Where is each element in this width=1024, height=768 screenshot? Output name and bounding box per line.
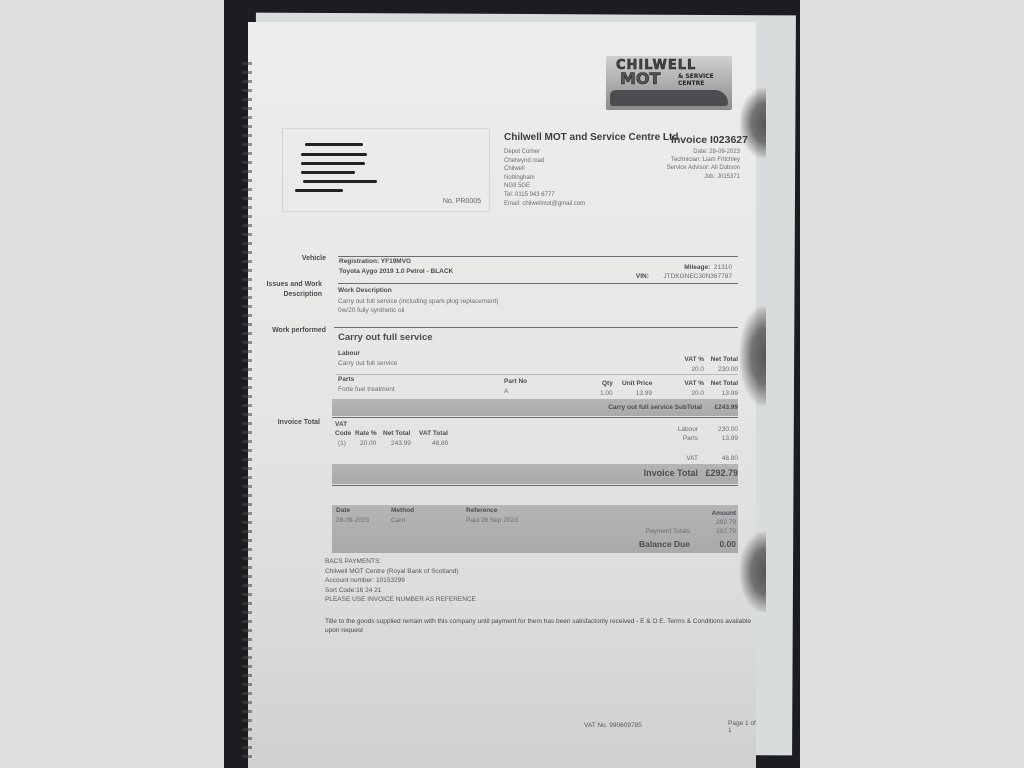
car-icon [610, 90, 728, 106]
scan-smudge [242, 62, 252, 762]
invoice-total-label: Invoice Total [242, 418, 320, 428]
payment-reference-header: Reference [466, 507, 497, 514]
vat-rate: 20.00 [360, 440, 376, 447]
balance-due-value: 0.00 [719, 539, 736, 549]
mileage-label: Mileage: [684, 264, 710, 271]
part-no-header: Part No [504, 378, 527, 385]
summary-parts-value: 13.99 [722, 435, 738, 442]
logo-text: & SERVICE CENTRE [678, 73, 732, 87]
work-description: Carry out full service (including spark … [338, 298, 498, 315]
qty-header: Qty [602, 380, 613, 387]
payment-date: 28-09-2023 [336, 517, 369, 524]
bacs-line: Account number: 10153299 [325, 576, 476, 586]
company-phone: Tel: 0115 943 6777 [504, 191, 585, 200]
labour-heading: Labour [338, 350, 360, 357]
summary-vat-label: VAT [686, 455, 698, 462]
parts-net-header: Net Total [704, 380, 738, 387]
bacs-line: BACS PAYMENTS: [325, 557, 476, 567]
part-description: Forte fuel treatment [338, 386, 395, 393]
parts-vat-header: VAT % [664, 380, 704, 387]
company-name: Chilwell MOT and Service Centre Ltd [504, 132, 678, 143]
address-line: Chilwell [504, 165, 585, 174]
issues-label-line: Issues and Work [244, 280, 322, 290]
vat-code: (1) [338, 440, 346, 447]
vat-rate-header: Rate % [355, 430, 377, 437]
part-vat: 20.0 [664, 390, 704, 397]
vehicle-description: Toyota Aygo 2019 1.0 Petrol - BLACK [339, 268, 453, 275]
scan-smudge [740, 532, 766, 612]
invoice-meta: Date: 28-09-2023 Technician: Liam Fritch… [667, 148, 740, 181]
customer-address-box: No. PR0005 [282, 128, 490, 212]
labour-description: Carry out full service [338, 360, 397, 367]
payment-date-header: Date [336, 507, 350, 514]
payment-amount: 292.79 [716, 519, 736, 526]
subtotal-value: £243.99 [715, 404, 739, 411]
address-line: Depot Corner [504, 148, 585, 157]
divider [338, 256, 738, 257]
bacs-line: Chilwell MOT Centre (Royal Bank of Scotl… [325, 567, 476, 577]
address-line: Chetwynd road [504, 157, 585, 166]
payment-totals-value: 292.79 [716, 528, 736, 535]
address-line: NG9 5GE [504, 182, 585, 191]
redacted-line [301, 171, 355, 174]
payment-totals-label: Payment Totals [646, 528, 690, 535]
summary-vat-value: 48.80 [722, 455, 738, 462]
invoice-page: CHILWELL MOT & SERVICE CENTRE No. PR0005… [248, 22, 756, 768]
vat-net-header: Net Total [383, 430, 410, 437]
issues-label-line: Description [244, 290, 322, 300]
divider [334, 327, 738, 328]
vin-label: VIN: [636, 273, 649, 280]
parts-heading: Parts [338, 376, 354, 383]
invoice-date: Date: 28-09-2023 [667, 148, 740, 156]
vin-value: JTDKGNEC30N367787 [663, 273, 732, 280]
vat-total-header: VAT Total [419, 430, 448, 437]
company-email: Email: chilwellmot@gmail.com [504, 200, 585, 209]
bacs-details: BACS PAYMENTS: Chilwell MOT Centre (Roya… [325, 557, 476, 605]
company-logo: CHILWELL MOT & SERVICE CENTRE [606, 56, 732, 110]
job-title: Carry out full service [338, 332, 433, 343]
work-description-line: 0w/20 fully synthetic oil [338, 307, 498, 316]
logo-text: MOT [620, 69, 660, 88]
redacted-line [301, 162, 365, 165]
vat-number: VAT No. 990609785 [584, 722, 642, 729]
registration: Registration: YF19MVG [339, 258, 411, 265]
page-number: Page 1 of 1 [728, 720, 756, 734]
redacted-line [295, 189, 343, 192]
company-address: Depot Corner Chetwynd road Chilwell Nott… [504, 148, 585, 208]
payment-method: Card [391, 517, 405, 524]
customer-number: No. PR0005 [443, 198, 481, 205]
vehicle-label: Vehicle [248, 254, 326, 264]
invoice-number: Invoice I023627 [671, 134, 748, 146]
vat-table-header: VAT [335, 421, 347, 428]
job-number: Job: J015371 [667, 173, 740, 181]
work-description-line: Carry out full service (including spark … [338, 298, 498, 307]
bacs-line: Sort Code:16 24 21 [325, 586, 476, 596]
scan-smudge [740, 88, 766, 158]
divider [338, 283, 738, 284]
summary-parts-label: Parts [683, 435, 698, 442]
vat-total: 48.80 [432, 440, 448, 447]
bacs-line: PLEASE USE INVOICE NUMBER AS REFERENCE [325, 595, 476, 605]
summary-labour-label: Labour [678, 426, 698, 433]
invoice-total-value: £292.79 [705, 468, 738, 478]
labour-net: 230.00 [704, 366, 738, 373]
part-number: A [504, 388, 508, 395]
work-description-heading: Work Description [338, 287, 392, 294]
invoice-total-text: Invoice Total [644, 468, 698, 478]
photo-background: CHILWELL MOT & SERVICE CENTRE No. PR0005… [224, 0, 800, 768]
payment-method-header: Method [391, 507, 414, 514]
vat-net: 243.99 [391, 440, 411, 447]
divider [332, 417, 738, 418]
redacted-line [303, 180, 377, 183]
issues-label: Issues and Work Description [244, 280, 322, 300]
subtotal-label: Carry out full service SubTotal [608, 404, 702, 411]
vat-code-header: Code [335, 430, 351, 437]
summary-labour-value: 230.00 [718, 426, 738, 433]
redacted-line [305, 143, 363, 146]
technician: Technician: Liam Fritchley [667, 156, 740, 164]
vin: VIN: JTDKGNEC30N367787 [636, 273, 732, 280]
balance-due-label: Balance Due [639, 539, 690, 549]
redacted-line [301, 153, 367, 156]
part-net: 13.99 [704, 390, 738, 397]
part-unit-price: 13.99 [622, 390, 652, 397]
part-qty: 1.00 [600, 390, 613, 397]
labour-net-header: Net Total [704, 356, 738, 363]
service-advisor: Service Advisor: Ali Dobson [667, 164, 740, 172]
payment-amount-header: Amount [711, 510, 736, 517]
labour-vat: 20.0 [664, 366, 704, 373]
address-line: Nottingham [504, 174, 585, 183]
labour-vat-header: VAT % [664, 356, 704, 363]
scan-smudge [740, 306, 766, 406]
unit-price-header: Unit Price [622, 380, 652, 387]
mileage-value: 21310 [714, 264, 732, 271]
mileage: Mileage: 21310 [684, 264, 732, 271]
divider [336, 374, 738, 375]
divider [332, 485, 738, 486]
terms-text: Title to the goods supplied remain with … [325, 617, 765, 635]
work-performed-label: Work performed [248, 326, 326, 336]
payment-reference: Paid 28 Sep 2023 [466, 517, 518, 524]
